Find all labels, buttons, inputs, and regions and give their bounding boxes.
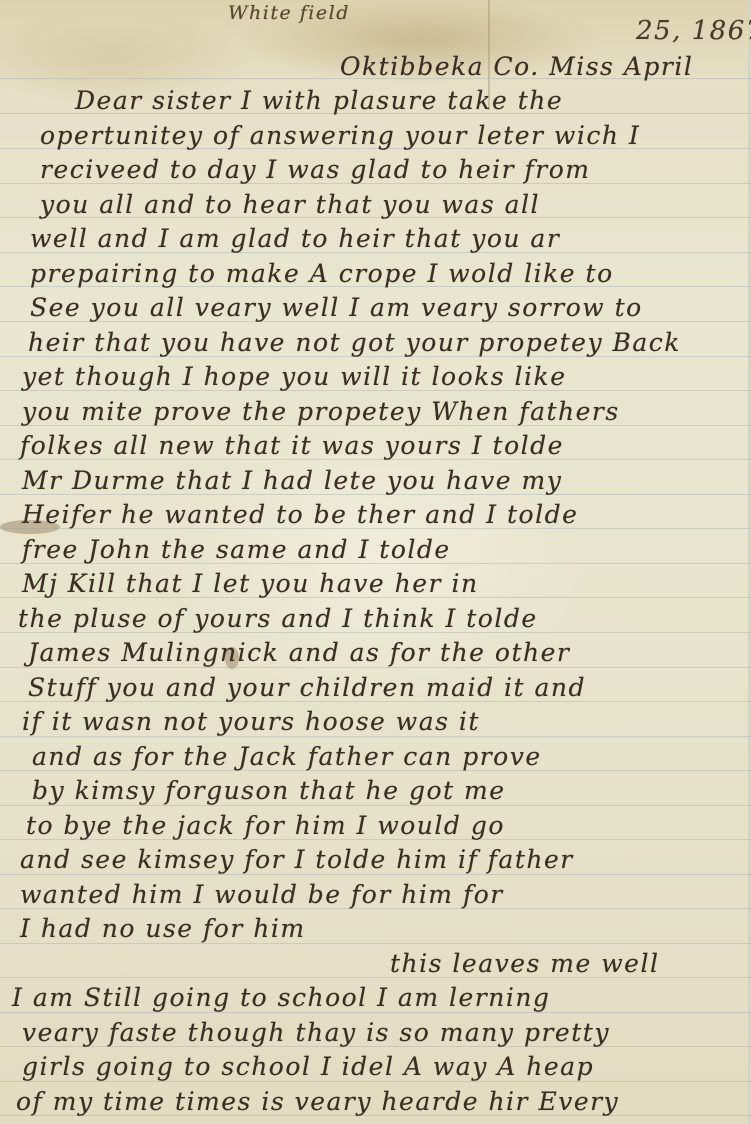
- letter-line: See you all veary well I am veary sorrow…: [30, 293, 643, 322]
- letter-line: I am Still going to school I am lerning: [12, 983, 550, 1012]
- letter-line: Stuff you and your children maid it and: [28, 673, 586, 702]
- place-line: Oktibbeka Co. Miss April: [340, 52, 693, 81]
- letter-line: Mj Kill that I let you have her in: [22, 569, 479, 598]
- letter-line: free John the same and I tolde: [22, 535, 451, 564]
- letter-line: Mr Durme that I had lete you have my: [22, 466, 562, 495]
- letter-line: Dear sister I with plasure take the: [75, 86, 563, 115]
- letter-page: White field 25, 1867 Oktibbeka Co. Miss …: [0, 0, 751, 1124]
- letter-line: the pluse of yours and I think I tolde: [18, 604, 538, 633]
- letter-line: of my time times is veary hearde hir Eve…: [16, 1087, 619, 1116]
- letter-line: I had no use for him: [20, 914, 306, 943]
- letter-line: James Mulingnick and as for the other: [28, 638, 570, 667]
- header-note: White field: [228, 2, 350, 24]
- letter-line: and as for the Jack father can prove: [32, 742, 542, 771]
- letter-line: and see kimsey for I tolde him if father: [20, 845, 574, 874]
- letter-line: wanted him I would be for him for: [20, 880, 504, 909]
- letter-line: veary faste though thay is so many prett…: [22, 1018, 610, 1047]
- letter-line: by kimsy forguson that he got me: [32, 776, 506, 805]
- letter-line: reciveed to day I was glad to heir from: [40, 155, 590, 184]
- letter-line: girls going to school I idel A way A hea…: [22, 1052, 594, 1081]
- letter-line: to bye the jack for him I would go: [26, 811, 505, 840]
- letter-line: you mite prove the propetey When fathers: [22, 397, 620, 426]
- letter-line: Heifer he wanted to be ther and I tolde: [22, 500, 578, 529]
- letter-line: if it wasn not yours hoose was it: [22, 707, 480, 736]
- letter-line: prepairing to make A crope I wold like t…: [30, 259, 614, 288]
- letter-line: you all and to hear that you was all: [40, 190, 540, 219]
- letter-line: folkes all new that it was yours I tolde: [20, 431, 564, 460]
- letter-line: this leaves me well: [390, 949, 659, 978]
- letter-date: 25, 1867: [636, 16, 751, 46]
- letter-line: well and I am glad to heir that you ar: [30, 224, 560, 253]
- letter-line: yet though I hope you will it looks like: [22, 362, 567, 391]
- letter-line: opertunitey of answering your leter wich…: [40, 121, 640, 150]
- letter-line: heir that you have not got your propetey…: [28, 328, 681, 357]
